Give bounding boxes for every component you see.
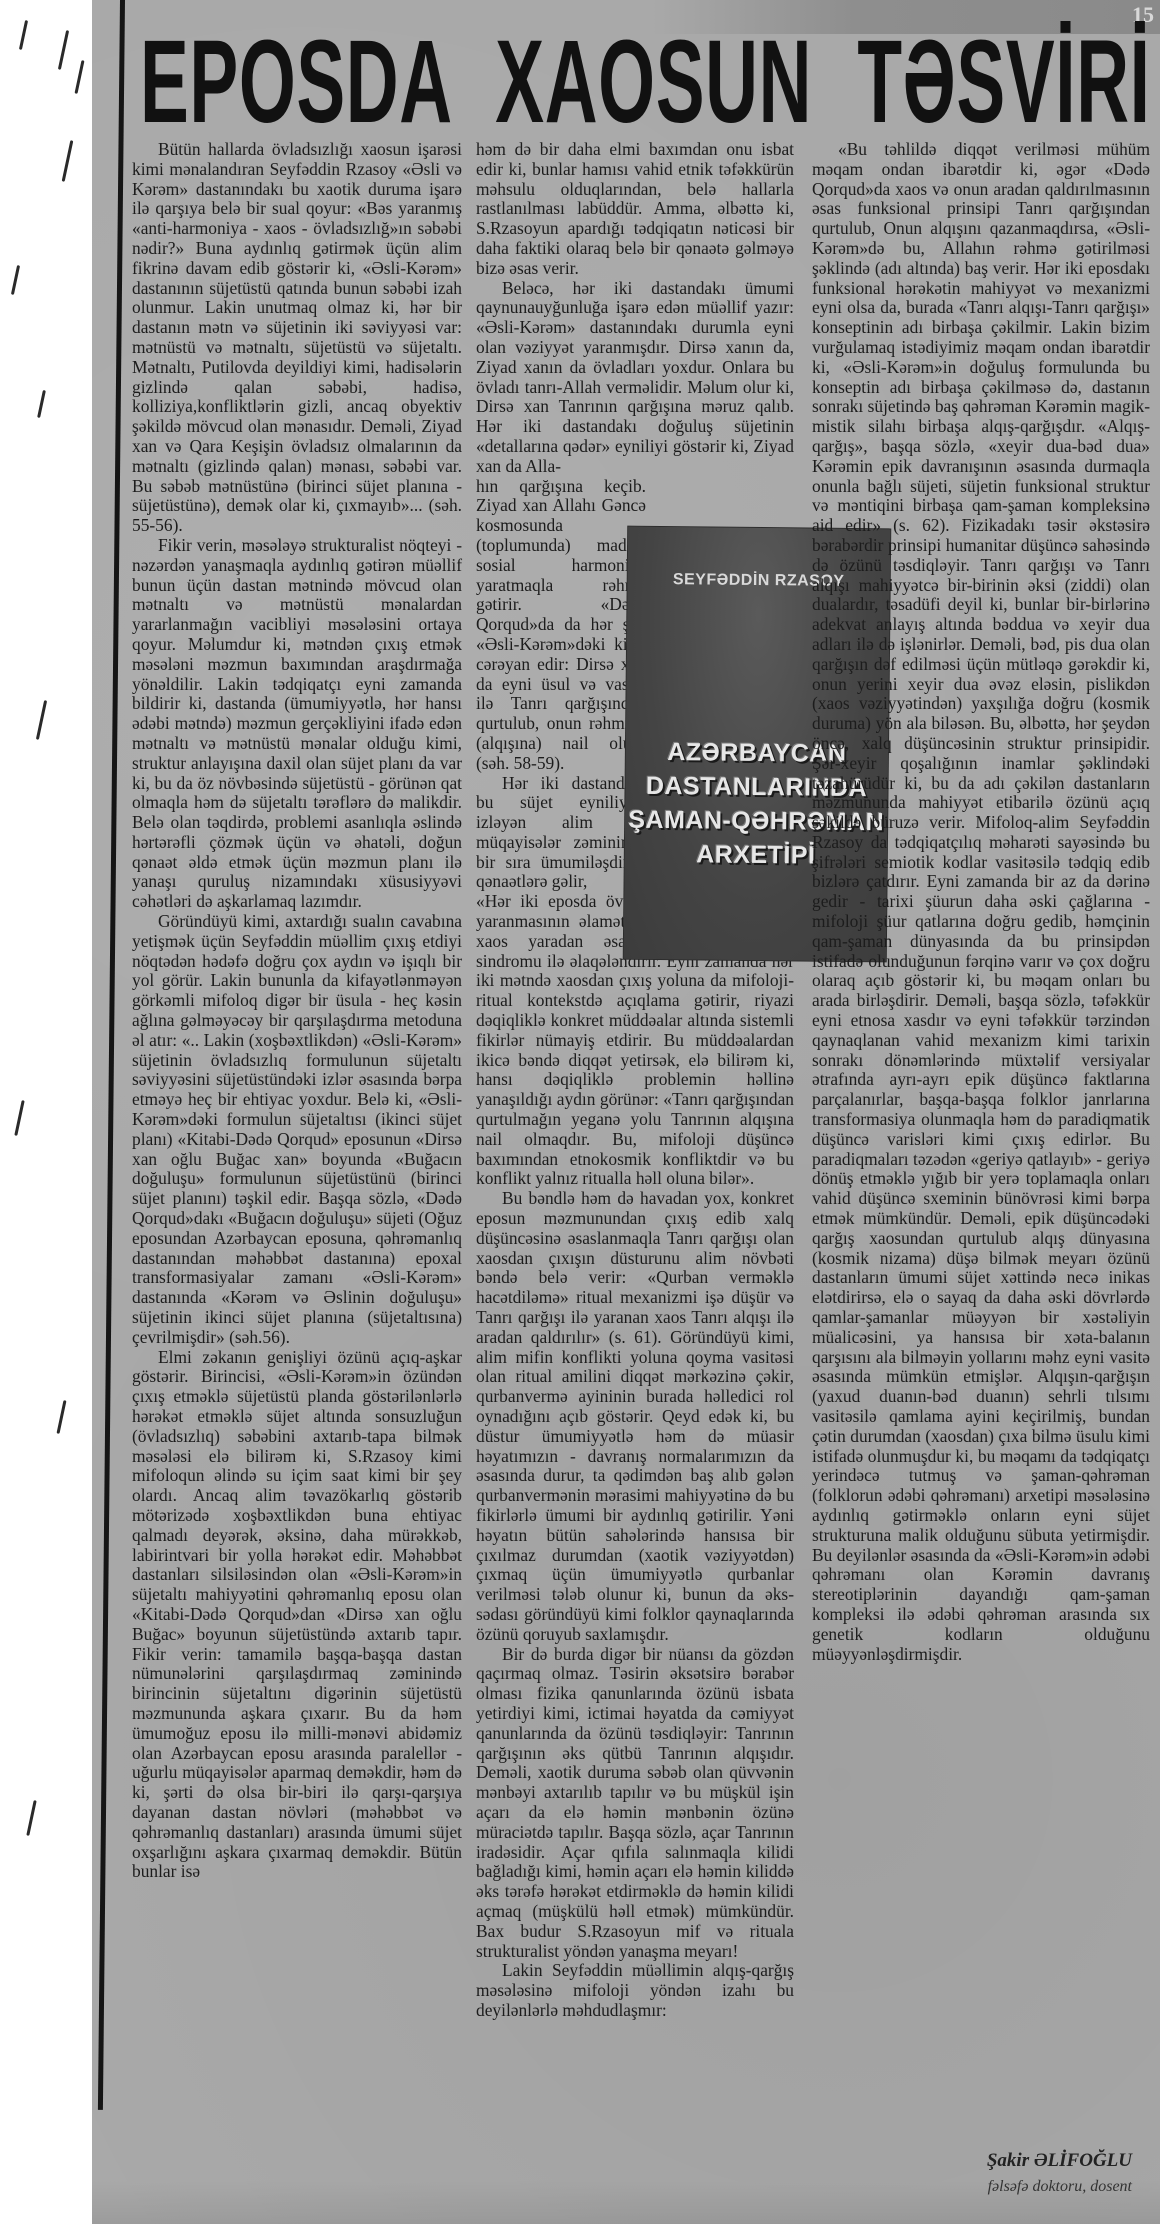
paragraph: hın qarğışına keçib. Ziyad xan Allahı Gə… bbox=[476, 477, 646, 774]
scan-artifact bbox=[62, 140, 74, 182]
paragraph: Hər iki dastandakı bu süjet eyniliyini i… bbox=[476, 774, 646, 893]
article-column-3: «Bu təhlildə diqqət verilməsi mühüm məqa… bbox=[812, 140, 1150, 1664]
scan-artifact bbox=[11, 265, 20, 295]
headline-text: EPOSDA XAOSUN TƏSVİRİ bbox=[140, 22, 1151, 142]
scan-artifact bbox=[37, 390, 46, 418]
article-headline: EPOSDA XAOSUN TƏSVİRİ bbox=[140, 22, 766, 142]
scan-artifact bbox=[26, 1800, 36, 1836]
column-rule bbox=[98, 0, 125, 2110]
paragraph: Göründüyü kimi, axtardığı sualın cavabın… bbox=[132, 912, 462, 1348]
scan-artifact bbox=[19, 20, 28, 50]
scan-white-margin bbox=[0, 0, 96, 2224]
newspaper-page: 15 EPOSDA XAOSUN TƏSVİRİ Bütün hallarda … bbox=[92, 0, 1160, 2224]
paragraph: Elmi zəkanın genişliyi özünü açıq-aşkar … bbox=[132, 1348, 462, 1883]
paragraph: Fikir verin, məsələyə strukturalist nöqt… bbox=[132, 536, 462, 912]
article-column-1: Bütün hallarda övladsızlığı xaosun işarə… bbox=[132, 140, 462, 1882]
paragraph: Beləcə, hər iki dastandakı ümumi qaynuna… bbox=[476, 279, 794, 477]
paragraph: həm də bir daha elmi baxımdan onu isbat … bbox=[476, 140, 794, 279]
paragraph: Bu bəndlə həm də havadan yox, konkret ep… bbox=[476, 1189, 794, 1644]
scan-artifact bbox=[58, 30, 69, 70]
paragraph: «Bu təhlildə diqqət verilməsi mühüm məqa… bbox=[812, 140, 1150, 1664]
article-column-2: həm də bir daha elmi baxımdan onu isbat … bbox=[476, 140, 794, 2021]
scan-artifact bbox=[74, 60, 84, 94]
paragraph: Bütün hallarda övladsızlığı xaosun işarə… bbox=[132, 140, 462, 536]
paragraph: Bir də burda digər bir nüansı da gözdən … bbox=[476, 1645, 794, 1962]
author-name: Şakir ƏLİFOĞLU bbox=[882, 2150, 1132, 2172]
scan-artifact bbox=[36, 700, 47, 740]
paragraph: Lakin Seyfəddin müəllimin alqış-qarğış m… bbox=[476, 1961, 794, 2020]
text-wrap-beside-cover: hın qarğışına keçib. Ziyad xan Allahı Gə… bbox=[476, 477, 646, 893]
scan-artifact bbox=[56, 1400, 66, 1434]
scan-shadow bbox=[92, 2180, 1160, 2224]
scan-artifact bbox=[14, 1100, 24, 1136]
